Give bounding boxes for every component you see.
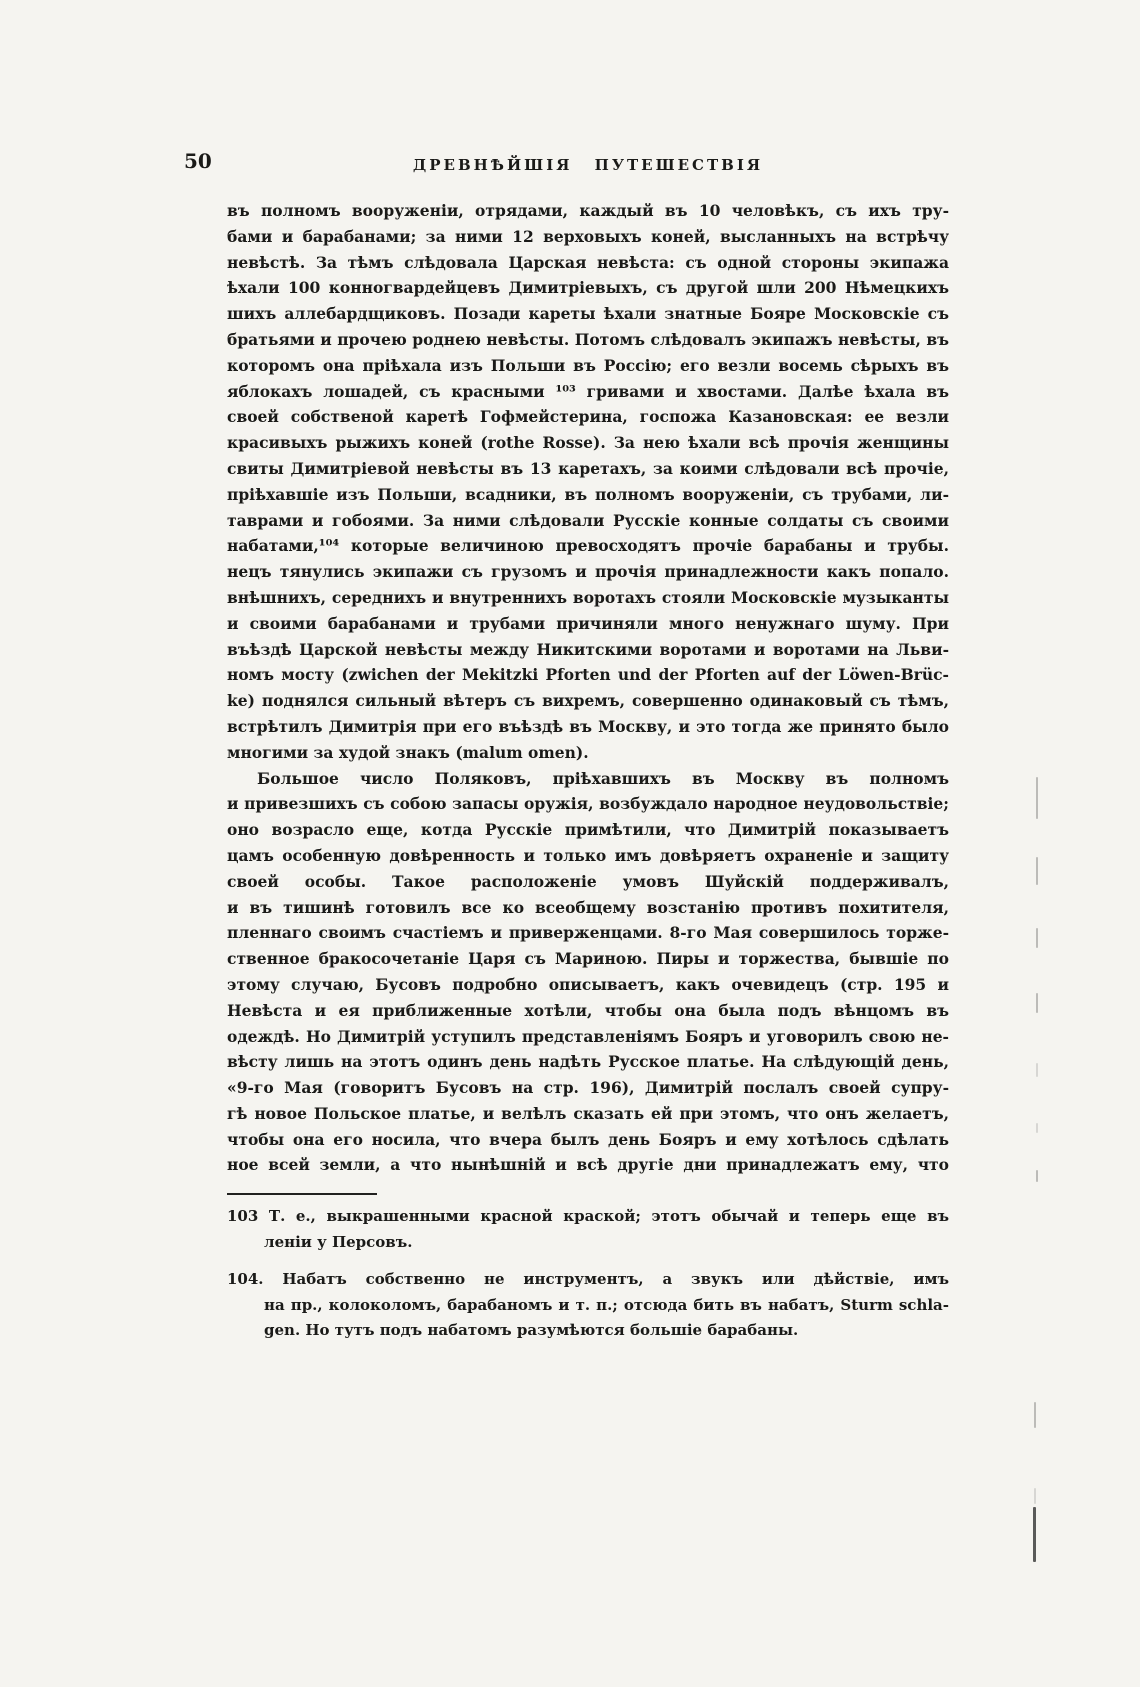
scan-artifact-mark — [1036, 777, 1038, 819]
text-line: ное всей земли, а что нынѣшній и всѣ дру… — [227, 1152, 949, 1178]
text-line: въ полномъ вооруженіи, отрядами, каждый … — [227, 198, 949, 224]
text-line: нецъ тянулись экипажи съ грузомъ и прочі… — [227, 559, 949, 585]
running-title: ДРЕВНѢЙШІЯ ПУТЕШЕСТВІЯ — [227, 156, 949, 174]
scan-artifact-mark — [1033, 1507, 1036, 1562]
text-line: бами и барабанами; за ними 12 верховыхъ … — [227, 224, 949, 250]
text-line: которомъ она пріѣхала изъ Польши въ Росс… — [227, 353, 949, 379]
text-line: вѣсту лишь на этотъ одинъ день надѣть Ру… — [227, 1049, 949, 1075]
footnote-104: 104. Набатъ собственно не инструментъ, а… — [227, 1267, 949, 1344]
scan-artifact-mark — [1036, 928, 1038, 948]
text-line: и своими барабанами и трубами причиняли … — [227, 611, 949, 637]
text-line: набатами,¹⁰⁴ которые величиною превосход… — [227, 533, 949, 559]
text-line: невѣстѣ. За тѣмъ слѣдовала Царская невѣс… — [227, 250, 949, 276]
text-line: леніи у Персовъ. — [227, 1230, 949, 1256]
paragraph-2: Большое число Поляковъ, пріѣхавшихъ въ М… — [227, 766, 949, 1179]
text-line: пріѣхавшіе изъ Польши, всадники, въ полн… — [227, 482, 949, 508]
text-line: таврами и гобоями. За ними слѣдовали Рус… — [227, 508, 949, 534]
scanned-book-page: { "colors": { "paper": "#f5f4f0", "ink":… — [0, 0, 1140, 1687]
text-line: шихъ аллебардщиковъ. Позади кареты ѣхали… — [227, 301, 949, 327]
text-line: одеждѣ. Но Димитрій уступилъ представлен… — [227, 1024, 949, 1050]
text-line: и въ тишинѣ готовилъ все ко всеобщему во… — [227, 895, 949, 921]
text-line: гѣ новое Польское платье, и велѣлъ сказа… — [227, 1101, 949, 1127]
text-line: Большое число Поляковъ, пріѣхавшихъ въ М… — [227, 766, 949, 792]
scan-artifact-mark — [1036, 1063, 1038, 1077]
footnote-103: 103 Т. е., выкрашенными красной краской;… — [227, 1204, 949, 1256]
text-line: на пр., колоколомъ, барабаномъ и т. п.; … — [227, 1293, 949, 1319]
scan-artifact-mark — [1034, 1402, 1036, 1428]
text-line: красивыхъ рыжихъ коней (rothe Rosse). За… — [227, 430, 949, 456]
text-line: ke) поднялся сильный вѣтеръ съ вихремъ, … — [227, 688, 949, 714]
scan-artifact-mark — [1036, 857, 1038, 885]
text-line: въѣздѣ Царской невѣсты между Никитскими … — [227, 637, 949, 663]
paragraph-1: въ полномъ вооруженіи, отрядами, каждый … — [227, 198, 949, 766]
text-line: пленнаго своимъ счастіемъ и приверженцам… — [227, 920, 949, 946]
text-line: ственное бракосочетаніе Царя съ Мариною.… — [227, 946, 949, 972]
scan-artifact-mark — [1036, 1123, 1038, 1133]
text-line: номъ мосту (zwichen der Mekitzki Pforten… — [227, 662, 949, 688]
text-line: братьями и прочею роднею невѣсты. Потомъ… — [227, 327, 949, 353]
text-line: этому случаю, Бусовъ подробно описываетъ… — [227, 972, 949, 998]
text-line: свиты Димитріевой невѣсты въ 13 каретахъ… — [227, 456, 949, 482]
text-line: цамъ особенную довѣренность и только имъ… — [227, 843, 949, 869]
text-line: 104. Набатъ собственно не инструментъ, а… — [227, 1267, 949, 1293]
text-line: «9-го Мая (говоритъ Бусовъ на стр. 196),… — [227, 1075, 949, 1101]
body-text: въ полномъ вооруженіи, отрядами, каждый … — [227, 198, 949, 1344]
scan-artifact-mark — [1036, 993, 1038, 1013]
text-line: своей особы. Такое расположеніе умовъ Шу… — [227, 869, 949, 895]
text-line: внѣшнихъ, середнихъ и внутреннихъ ворота… — [227, 585, 949, 611]
text-line: и привезшихъ съ собою запасы оружія, воз… — [227, 791, 949, 817]
text-line: чтобы она его носила, что вчера былъ ден… — [227, 1127, 949, 1153]
text-line: встрѣтилъ Димитрія при его въѣздѣ въ Мос… — [227, 714, 949, 740]
scan-artifact-mark — [1036, 1170, 1038, 1182]
text-line: многими за худой знакъ (malum omen). — [227, 740, 949, 766]
text-line: своей собственой каретѣ Гофмейстерина, г… — [227, 404, 949, 430]
text-line: яблокахъ лошадей, съ красными ¹⁰³ гривам… — [227, 379, 949, 405]
scan-artifact-mark — [1034, 1488, 1036, 1504]
text-line: Невѣста и ея приближенные хотѣли, чтобы … — [227, 998, 949, 1024]
text-line: ѣхали 100 конногвардейцевъ Димитріевыхъ,… — [227, 275, 949, 301]
text-line: 103 Т. е., выкрашенными красной краской;… — [227, 1204, 949, 1230]
footnotes: 103 Т. е., выкрашенными красной краской;… — [227, 1204, 949, 1344]
footnote-separator — [227, 1193, 377, 1195]
text-line: gen. Но тутъ подъ набатомъ разумѣются бо… — [227, 1318, 949, 1344]
text-line: оно возрасло еще, котда Русскіе примѣтил… — [227, 817, 949, 843]
page-number: 50 — [184, 149, 212, 173]
